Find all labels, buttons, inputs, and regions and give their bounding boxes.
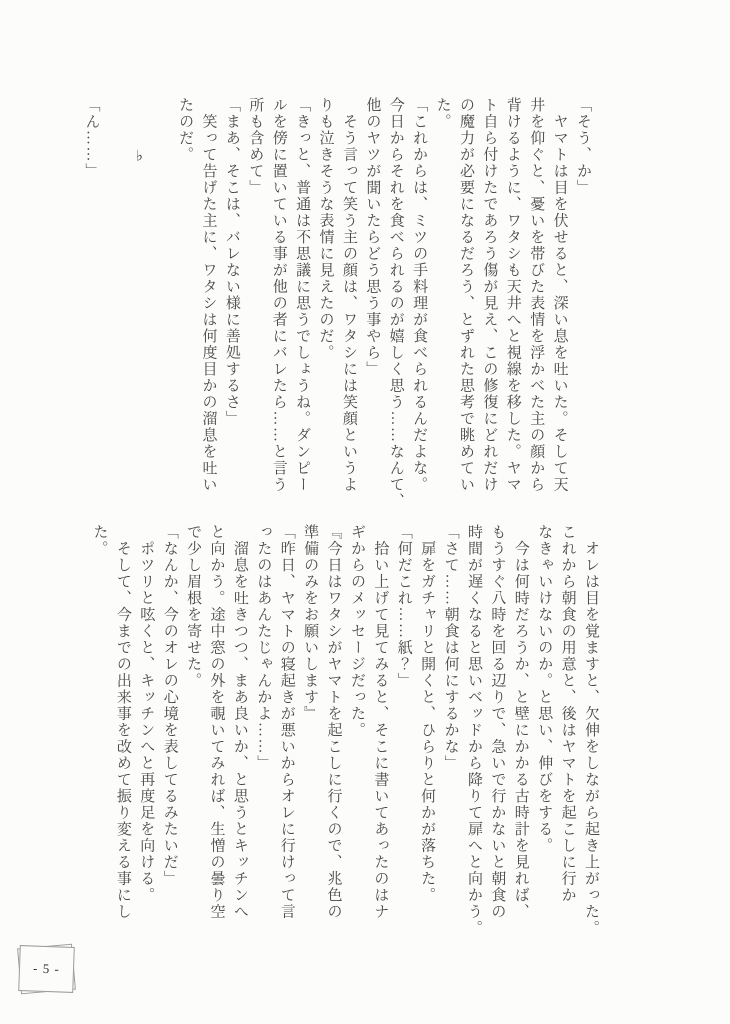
- bottom-text-block: オレは目を覚ますと、欠伸をしながら起き上がった。 これから朝食の用意と、後はヤマ…: [87, 524, 602, 954]
- text-line: 「昨日、ヤマトの寝起きが悪いからオレに行けって言: [274, 524, 297, 954]
- text-line: 他のヤツが聞いたらどう思う事やら」: [360, 97, 383, 513]
- text-line: 「そう、か」: [571, 97, 594, 513]
- text-line: 扉をガチャリと開くと、ひらりと何かが落ちた。: [415, 524, 438, 954]
- text-line: 「さて……朝食は何にするかな」: [438, 524, 461, 954]
- text-line: そして、今までの出来事を改めて振り変える事にし: [110, 524, 133, 954]
- text-line: これから朝食の用意と、後はヤマトを起こしに行か: [555, 524, 578, 954]
- text-line: もうすぐ八時を回る辺りで、急いで行かないと朝食の: [485, 524, 508, 954]
- blank-line: [102, 97, 125, 513]
- text-line: 拾い上げて見てみると、そこに書いてあったのはナ: [368, 524, 391, 954]
- text-line: 時間が遅くなると思いベッドから降りて扉へと向かう。: [462, 524, 485, 954]
- text-line: そう言って笑う主の顔は、ワタシには笑顔というよ: [337, 97, 360, 513]
- text-line: た。: [87, 524, 110, 954]
- novel-page: 「そう、か」 ヤマトは目を伏せると、深い息を吐いた。そして天 井を仰ぐと、憂いを…: [0, 0, 730, 1024]
- text-line: 今日からそれを食べられるのが嬉しく思う……なんて、: [383, 97, 406, 513]
- text-line: りも泣きそうな表情に見えたのだ。: [313, 97, 336, 513]
- text-line: ト自ら付けたであろう傷が見え、この修復にどれだけ: [477, 97, 500, 513]
- text-line: 「何だこれ……紙？」: [391, 524, 414, 954]
- text-line: 『今日はワタシがヤマトを起こしに行くので、兆色の: [321, 524, 344, 954]
- top-text-block: 「そう、か」 ヤマトは目を伏せると、深い息を吐いた。そして天 井を仰ぐと、憂いを…: [79, 97, 594, 513]
- text-line: と向かう。途中窓の外を覗いてみれば、生憎の曇り空: [204, 524, 227, 954]
- text-line: ギからのメッセージだった。: [345, 524, 368, 954]
- text-line: 「まあ、そこは、バレない様に善処するさ」: [220, 97, 243, 513]
- text-line: 井を仰ぐと、憂いを帯びた表情を浮かべた主の顔から: [524, 97, 547, 513]
- scene-break-flat-marker: ♭: [126, 97, 149, 513]
- text-line: 「これからは、ミツの手料理が食べられるんだよな。: [407, 97, 430, 513]
- blank-line: [149, 97, 172, 513]
- text-line: 溜息を吐きつつ、まあ良いか、と思うとキッチンへ: [228, 524, 251, 954]
- badge-front-frame: - 5 -: [18, 945, 75, 993]
- text-line: ポツリと呟くと、キッチンへと再度足を向ける。: [134, 524, 157, 954]
- text-line: 背けるように、ワタシも天井へと視線を移した。ヤマ: [500, 97, 523, 513]
- text-line: 「ん……」: [79, 97, 102, 513]
- text-line: 準備のみをお願いします』: [298, 524, 321, 954]
- text-line: 「きっと、普通は不思議に思うでしょうね。ダンピー: [290, 97, 313, 513]
- text-line: の魔力が必要になるだろう、とずれた思考で眺めてい: [454, 97, 477, 513]
- text-line: 「なんか、今のオレの心境を表してるみたいだ」: [157, 524, 180, 954]
- text-line: 所も含めて」: [243, 97, 266, 513]
- page-number-badge: - 5 -: [16, 941, 80, 1000]
- text-line: ヤマトは目を伏せると、深い息を吐いた。そして天: [547, 97, 570, 513]
- text-line: で少し眉根を寄せた。: [181, 524, 204, 954]
- text-line: なきゃいけないのか。と思い、伸びをする。: [532, 524, 555, 954]
- text-line: た。: [430, 97, 453, 513]
- text-line: ルを傍に置いている事が他の者にバレたら……と言う: [266, 97, 289, 513]
- text-line: たのだ。: [173, 97, 196, 513]
- text-line: ったのはあんたじゃんかよ……」: [251, 524, 274, 954]
- text-line: 今は何時だろうか、と壁にかかる古時計を見れば、: [508, 524, 531, 954]
- text-line: 笑って告げた主に、ワタシは何度目かの溜息を吐い: [196, 97, 219, 513]
- text-line: オレは目を覚ますと、欠伸をしながら起き上がった。: [579, 524, 602, 954]
- page-number: - 5 -: [33, 961, 60, 978]
